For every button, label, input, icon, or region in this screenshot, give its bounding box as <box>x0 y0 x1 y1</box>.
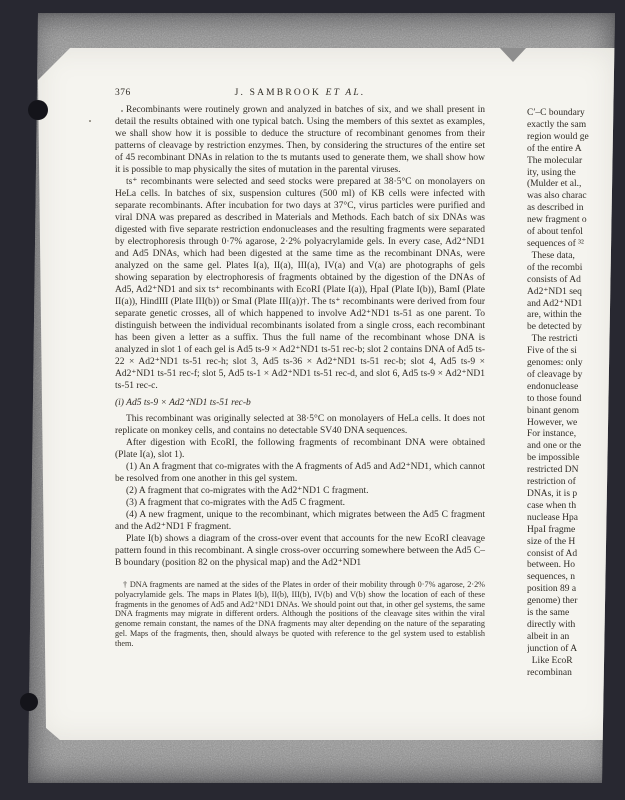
running-head: 376 J. SAMBROOK ET AL. <box>115 88 485 98</box>
section-heading: (i) Ad5 ts-9 × Ad2⁺ND1 ts-51 rec-b <box>115 397 485 409</box>
cropped-text-line: Ad2⁺ND1 seq <box>527 287 619 299</box>
cropped-text-line: ity, using the <box>527 168 619 180</box>
cropped-text-line: consist of Ad <box>527 549 619 561</box>
footnote: † DNA fragments are named at the sides o… <box>115 580 485 649</box>
cropped-text-line: restricted DN <box>527 465 619 477</box>
paragraph: After digestion with EcoRI, the followin… <box>115 437 485 461</box>
cropped-text-line: size of the H <box>527 537 619 549</box>
cropped-text-line: HpaI fragme <box>527 525 619 537</box>
cropped-text-line: new fragment o <box>527 215 619 227</box>
cropped-text-line: was also charac <box>527 191 619 203</box>
cropped-text-line: junction of A <box>527 644 619 656</box>
paragraph: (2) A fragment that co-migrates with the… <box>115 485 485 497</box>
cropped-text-line: of the entire A <box>527 144 619 156</box>
punch-hole-bottom <box>20 693 38 711</box>
cropped-text-line: (Mulder et al., <box>527 179 619 191</box>
facing-page-text-column: C′–C boundaryexactly the samregion would… <box>527 108 619 714</box>
cropped-text-line: The molecular <box>527 156 619 168</box>
cropped-text-line: directly with <box>527 620 619 632</box>
paragraph: This recombinant was originally selected… <box>115 413 485 437</box>
cropped-text-line: Five of the si <box>527 346 619 358</box>
cropped-text-line: of cleavage by <box>527 370 619 382</box>
book-page-spread: 376 J. SAMBROOK ET AL. Recombinants were… <box>38 48 615 740</box>
cropped-text-line: is the same <box>527 608 619 620</box>
cropped-text-line: consists of Ad <box>527 275 619 287</box>
cropped-text-line: However, we <box>527 418 619 430</box>
cropped-text-line: genomes: only <box>527 358 619 370</box>
cropped-text-line: as described in <box>527 203 619 215</box>
paragraph: ts⁺ recombinants were selected and seed … <box>115 176 485 392</box>
cropped-text-line: binant genom <box>527 406 619 418</box>
cropped-text-line: are, within the <box>527 310 619 322</box>
cropped-text-line: restriction of <box>527 477 619 489</box>
cropped-text-line: Like EcoR <box>527 656 619 668</box>
cropped-text-line: genome) ther <box>527 596 619 608</box>
paragraph: Recombinants were routinely grown and an… <box>115 104 485 176</box>
cropped-text-line: sequences, n <box>527 572 619 584</box>
cropped-text-line: recombinan <box>527 668 619 680</box>
cropped-text-line: and Ad2⁺ND1 <box>527 299 619 311</box>
cropped-text-line: be detected by <box>527 322 619 334</box>
cropped-text-line: be impossible <box>527 453 619 465</box>
photocopy-sheet: 376 J. SAMBROOK ET AL. Recombinants were… <box>28 13 616 783</box>
cropped-text-line: to those found <box>527 394 619 406</box>
cropped-text-line: These data, <box>527 251 619 263</box>
cropped-text-line: position 89 a <box>527 584 619 596</box>
cropped-text-line: For instance, <box>527 429 619 441</box>
cropped-text-line: C′–C boundary <box>527 108 619 120</box>
cropped-text-line: sequences of ³² <box>527 239 619 251</box>
cropped-text-line: albeit in an <box>527 632 619 644</box>
scanned-document-screenshot: 376 J. SAMBROOK ET AL. Recombinants were… <box>0 0 625 800</box>
page-number: 376 <box>115 88 131 98</box>
punch-hole-top <box>28 100 48 120</box>
cropped-text-line: exactly the sam <box>527 120 619 132</box>
cropped-text-line: region would ge <box>527 132 619 144</box>
cropped-text-line: DNAs, it is p <box>527 489 619 501</box>
cropped-text-line: between. Ho <box>527 560 619 572</box>
cropped-text-line: case when th <box>527 501 619 513</box>
left-page-body-text: Recombinants were routinely grown and an… <box>115 104 485 649</box>
cropped-text-line: of about tenfol <box>527 227 619 239</box>
paragraph: Plate I(b) shows a diagram of the cross-… <box>115 533 485 569</box>
running-head-etal: ET AL. <box>326 88 366 98</box>
cropped-text-line: nuclease Hpa <box>527 513 619 525</box>
cropped-text-line: and one or the <box>527 441 619 453</box>
running-head-author: J. SAMBROOK <box>235 88 326 98</box>
cropped-text-line: The restricti <box>527 334 619 346</box>
paragraph: (4) A new fragment, unique to the recomb… <box>115 509 485 533</box>
cropped-text-line: endonuclease <box>527 382 619 394</box>
cropped-text-line: of the recombi <box>527 263 619 275</box>
dust-speck <box>89 120 91 122</box>
book-spine-notch <box>499 47 527 62</box>
paragraph: (3) A fragment that co-migrates with the… <box>115 497 485 509</box>
paragraph: (1) An A fragment that co-migrates with … <box>115 461 485 485</box>
